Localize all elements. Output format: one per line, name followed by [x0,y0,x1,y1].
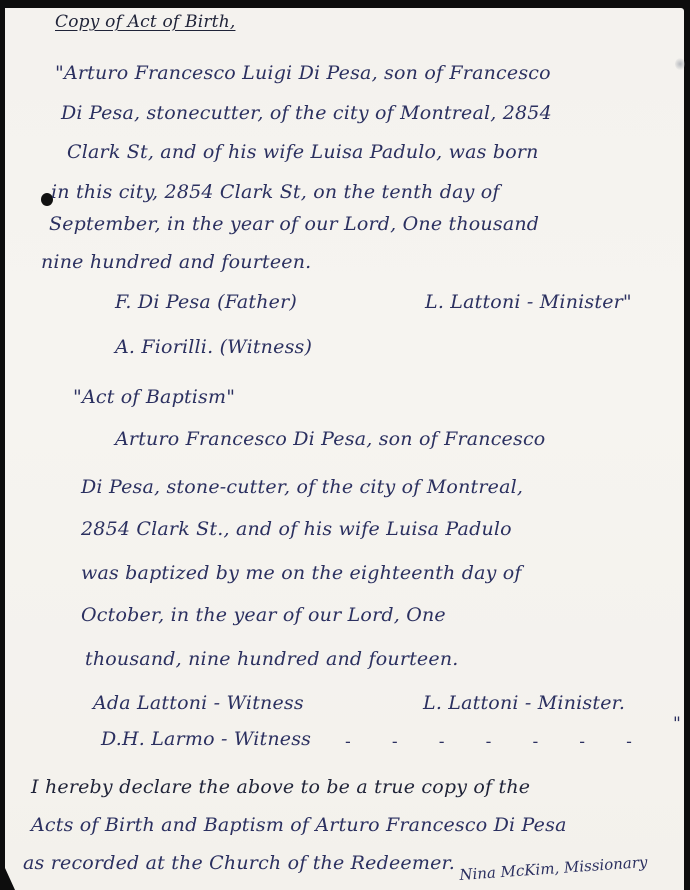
declaration-line-1: I hereby declare the above to be a true … [31,778,530,797]
birth-line-2: Di Pesa, stonecutter, of the city of Mon… [61,104,552,123]
baptism-line-2: Di Pesa, stone-cutter, of the city of Mo… [81,478,523,497]
birth-minister-signature: L. Lattoni - Minister" [425,293,632,312]
baptism-witness-1-signature: Ada Lattoni - Witness [93,694,304,713]
baptism-line-3: 2854 Clark St., and of his wife Luisa Pa… [81,520,512,539]
baptism-heading: "Act of Baptism" [73,388,235,407]
closing-quote: " [673,716,681,733]
birth-line-1: "Arturo Francesco Luigi Di Pesa, son of … [55,64,551,83]
baptism-line-6: thousand, nine hundred and fourteen. [85,650,459,669]
birth-witness-signature: A. Fiorilli. (Witness) [115,338,312,357]
declaration-line-2: Acts of Birth and Baptism of Arturo Fran… [31,816,567,835]
paper-smudge [675,58,685,70]
declaration-line-3: as recorded at the Church of the Redeeme… [23,854,455,873]
baptism-minister-signature: L. Lattoni - Minister. [423,694,625,713]
baptism-line-1: Arturo Francesco Di Pesa, son of Frances… [115,430,545,449]
birth-line-6: nine hundred and fourteen. [41,253,311,272]
birth-line-3: Clark St, and of his wife Luisa Padulo, … [67,143,539,162]
baptism-witness-2-signature: D.H. Larmo - Witness [101,730,311,749]
birth-line-4: in this city, 2854 Clark St, on the tent… [51,183,500,202]
baptism-line-5: October, in the year of our Lord, One [81,606,446,625]
birth-line-5: September, in the year of our Lord, One … [49,215,539,234]
document-title: Copy of Act of Birth, [55,14,235,31]
document-page: Copy of Act of Birth, "Arturo Francesco … [5,8,684,890]
missionary-signature: Nina McKim, Missionary [459,853,648,884]
birth-father-signature: F. Di Pesa (Father) [115,293,297,312]
trailing-dashes: - - - - - - - [345,732,650,751]
baptism-line-4: was baptized by me on the eighteenth day… [81,564,522,583]
page-corner-shadow [5,868,15,890]
